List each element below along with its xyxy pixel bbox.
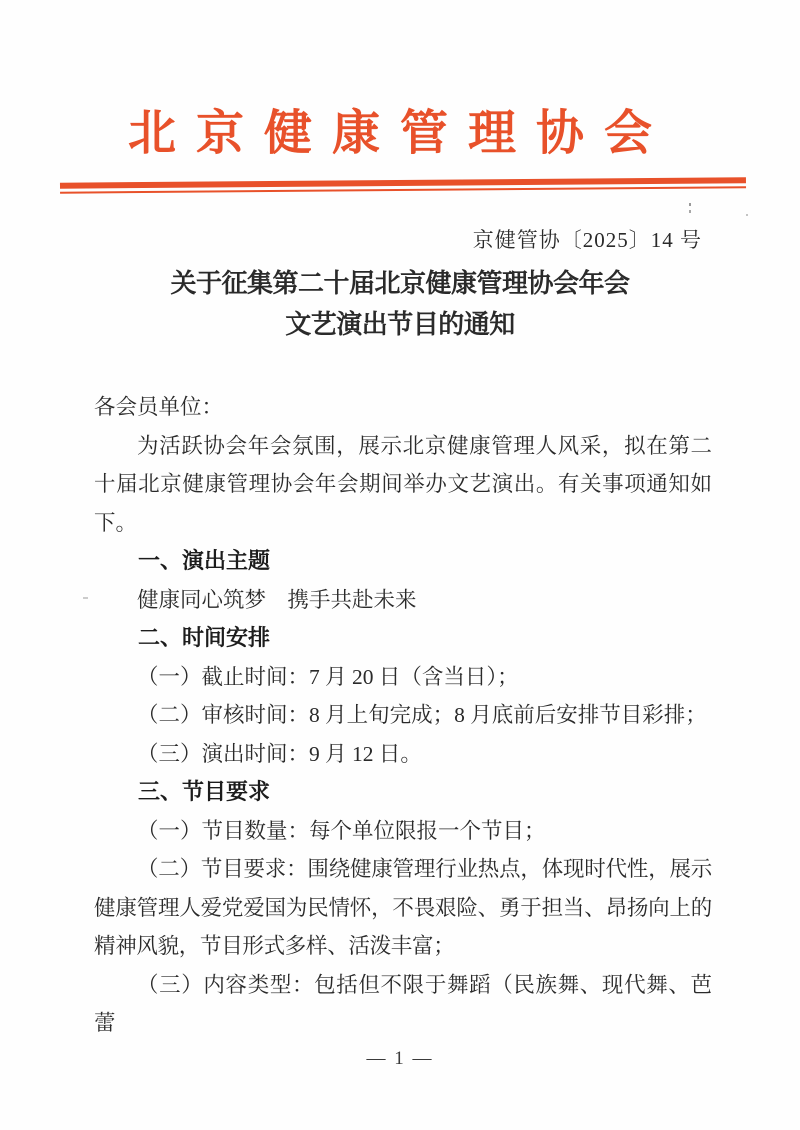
section-2-item-3: （三）演出时间：9 月 12 日。 (94, 735, 712, 774)
section-3-item-3: （三）内容类型：包括但不限于舞蹈（民族舞、现代舞、芭蕾 (94, 966, 712, 1043)
notice-title-line2: 文艺演出节目的通知 (0, 304, 800, 345)
intro-paragraph: 为活跃协会年会氛围，展示北京健康管理人风采，拟在第二十届北京健康管理协会年会期间… (94, 427, 712, 543)
section-2-item-2: （二）审核时间：8 月上旬完成；8 月底前后安排节目彩排； (94, 696, 712, 735)
section-1-heading: 一、演出主题 (94, 542, 712, 581)
letterhead-org-name: 北京健康管理协会 (0, 94, 800, 163)
section-3-item-2: （二）节目要求：围绕健康管理行业热点，体现时代性，展示健康管理人爱党爱国为民情怀… (94, 850, 712, 966)
document-page: 北京健康管理协会 京健管协〔2025〕14 号 关于征集第二十届北京健康管理协会… (0, 0, 800, 1130)
scan-artifact (689, 203, 691, 206)
document-body: 各会员单位： 为活跃协会年会氛围，展示北京健康管理人风采，拟在第二十届北京健康管… (94, 388, 712, 1043)
doc-number: 京健管协〔2025〕14 号 (473, 224, 702, 254)
notice-title-line1: 关于征集第二十届北京健康管理协会年会 (0, 263, 800, 304)
salutation: 各会员单位： (94, 388, 712, 427)
section-2-item-1: （一）截止时间：7 月 20 日（含当日）； (94, 658, 712, 697)
section-2-heading: 二、时间安排 (94, 619, 712, 658)
letterhead-double-rule (60, 177, 746, 193)
scan-artifact (83, 597, 88, 599)
notice-title: 关于征集第二十届北京健康管理协会年会 文艺演出节目的通知 (0, 263, 800, 345)
section-3-item-1: （一）节目数量：每个单位限报一个节目； (94, 812, 712, 851)
section-3-heading: 三、节目要求 (94, 773, 712, 812)
page-number: — 1 — (0, 1048, 800, 1070)
section-1-theme: 健康同心筑梦 携手共赴未来 (94, 581, 712, 620)
scan-artifact (746, 214, 748, 216)
